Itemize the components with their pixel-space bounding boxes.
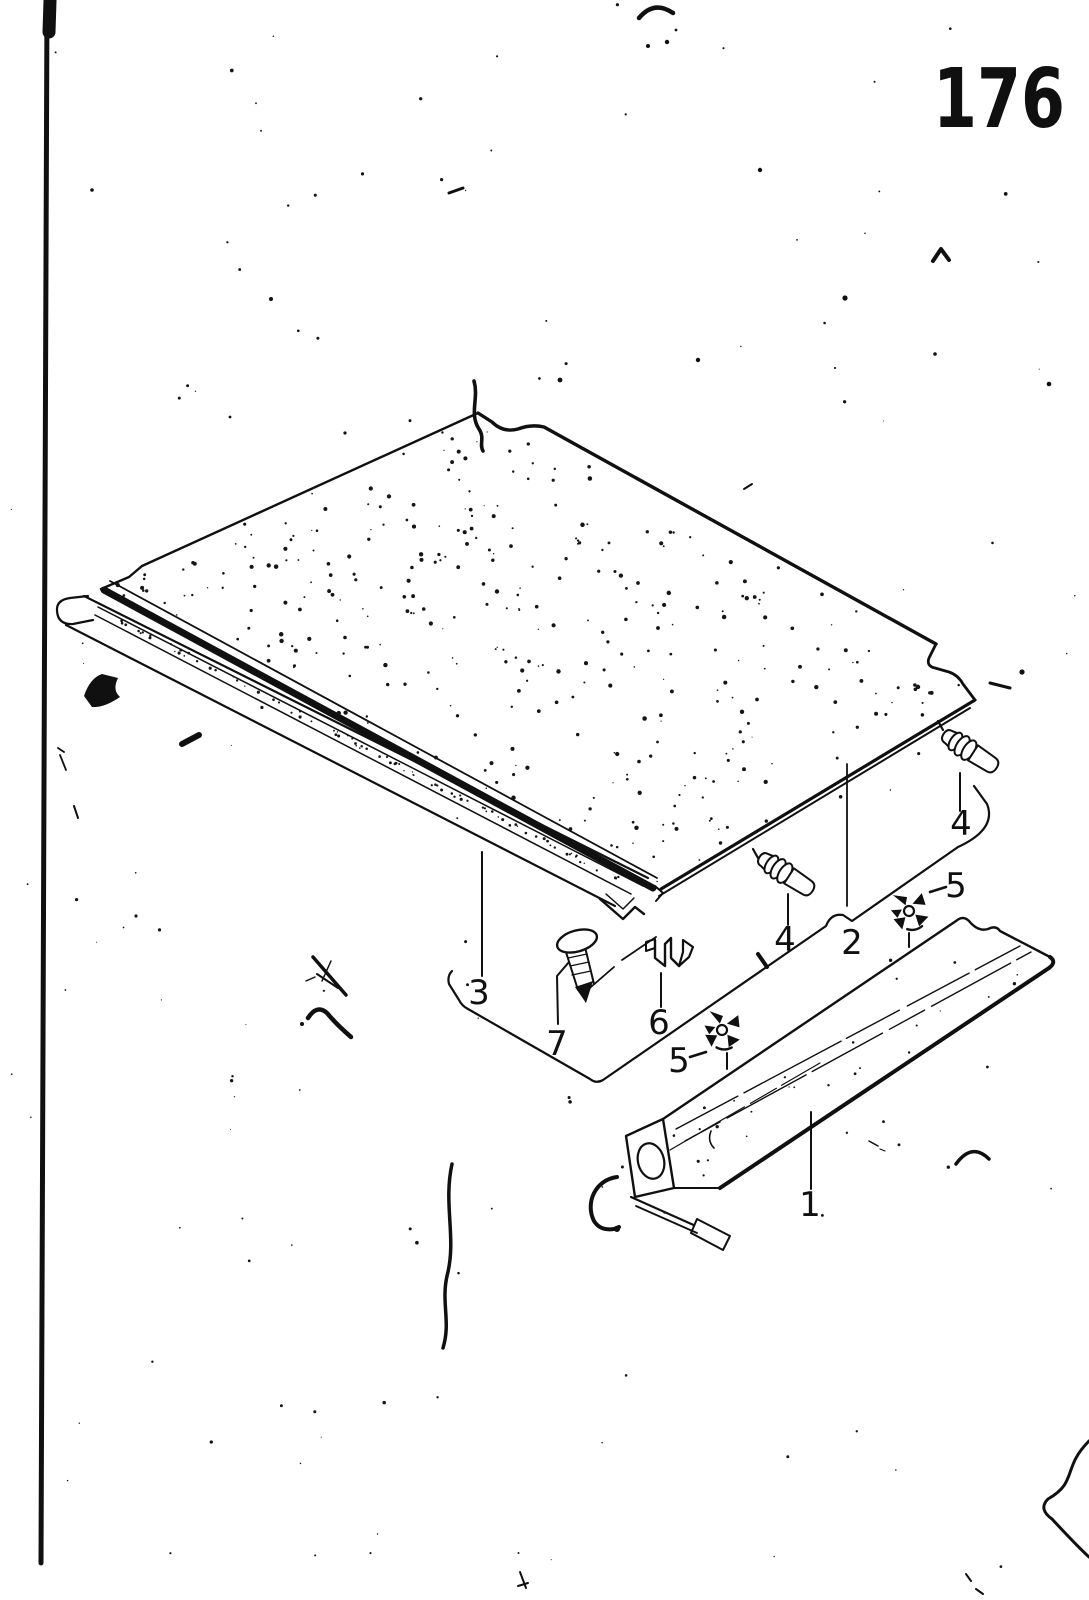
ink-speck [343, 431, 346, 434]
ink-speck [300, 1022, 304, 1026]
ink-speck [933, 352, 937, 356]
callout-label-6-2: 6 [648, 1003, 670, 1043]
ink-speck [665, 40, 669, 44]
paper-background [0, 0, 1089, 1600]
ink-speck [675, 29, 678, 32]
callout-label-7-1: 7 [546, 1024, 568, 1064]
page-number: 176 [933, 52, 1065, 147]
ink-speck [1019, 669, 1024, 674]
ink-speck [90, 188, 94, 192]
ink-speck [646, 44, 650, 48]
ink-speck [1047, 382, 1052, 387]
callout-label-1-8: 1 [799, 1185, 821, 1225]
callout-label-3-0: 3 [468, 973, 490, 1013]
ink-speck [842, 295, 847, 300]
callout-label-5-7: 5 [945, 866, 967, 906]
ink-speck [614, 1226, 620, 1232]
ink-speck [269, 297, 273, 301]
ink-speck [758, 168, 762, 172]
ink-speck [558, 378, 563, 383]
ink-speck [229, 416, 232, 419]
scanned-parts-page: 176 [0, 0, 1089, 1600]
callout-label-2-4: 2 [841, 923, 863, 963]
callout-label-4-5: 4 [774, 920, 796, 960]
ink-speck [696, 358, 700, 362]
callout-label-5-3: 5 [668, 1041, 690, 1081]
callout-label-4-6: 4 [950, 804, 972, 844]
